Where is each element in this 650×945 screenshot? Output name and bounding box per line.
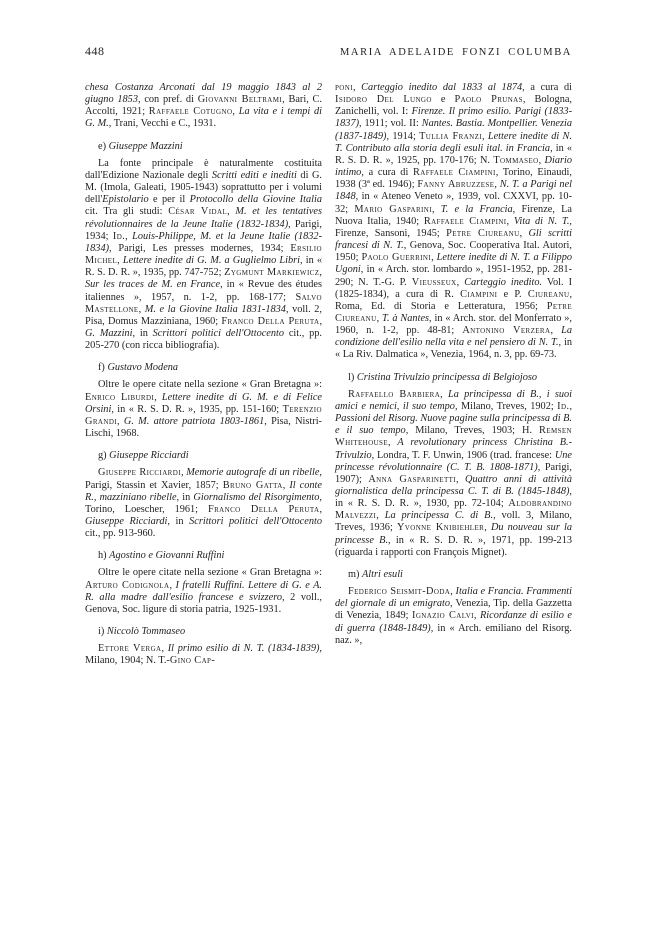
- text-segment: ,: [319, 267, 322, 278]
- text-segment: , Parigi, Les presses modernes, 1934;: [109, 243, 290, 254]
- bibliography-paragraph: chesa Costanza Arconati dal 19 maggio 18…: [85, 82, 322, 131]
- running-header: MARIA ADELAIDE FONZI COLUMBA: [340, 47, 572, 58]
- text-segment: , in: [132, 328, 152, 339]
- text-segment: Paolo Guerrini: [361, 252, 431, 263]
- section-heading: g) Giuseppe Ricciardi: [98, 450, 322, 462]
- section-heading: f) Gustavo Modena: [98, 362, 322, 374]
- bibliography-paragraph: Giuseppe Ricciardi, Memorie autografe di…: [85, 467, 322, 540]
- section-heading: m) Altri esuli: [348, 569, 572, 581]
- text-segment: , in « R. S. D. R. », 1935, pp. 151-160;: [111, 404, 282, 415]
- text-segment: Giuseppe Ricciardi: [109, 450, 188, 461]
- text-segment: cit., pp. 913-960.: [85, 528, 155, 539]
- text-segment: G. Mazzini: [85, 328, 132, 339]
- text-segment: poni: [335, 82, 353, 93]
- text-segment: T. à Nantes: [382, 313, 429, 324]
- text-segment: l): [348, 372, 357, 383]
- text-segment: Tommaseo: [493, 155, 538, 166]
- text-segment: ,: [154, 392, 162, 403]
- text-segment: Giuseppe Mazzini: [109, 141, 183, 152]
- text-segment: ,: [456, 474, 465, 485]
- text-segment: T. e la Francia: [441, 204, 513, 215]
- section-heading: l) Cristina Trivulzio principessa di Bel…: [348, 372, 572, 384]
- bibliography-paragraph: La fonte principale è naturalmente costi…: [85, 158, 322, 353]
- bibliography-paragraph: Oltre le opere citate nella sezione « Gr…: [85, 567, 322, 616]
- text-segment: Sur les traces de M. en France: [85, 279, 220, 290]
- text-segment: G. M. attore patriota 1803-1861: [124, 416, 264, 427]
- text-segment: ,: [353, 82, 361, 93]
- text-segment: Scrittori politici dell'Ottocento: [189, 516, 322, 527]
- text-segment: ,: [569, 401, 572, 412]
- text-segment: Enrico Liburdi: [85, 392, 154, 403]
- text-segment: , Milano, Treves, 1902;: [455, 401, 557, 412]
- column-right: poni, Carteggio inedito dal 1833 al 1874…: [335, 82, 572, 668]
- text-segment: , a cura di: [361, 167, 413, 178]
- text-segment: Protocollo della Giovine Italia: [190, 194, 322, 205]
- text-segment: Gino Cap-: [170, 655, 215, 666]
- text-segment: Niccolò Tommaseo: [107, 626, 185, 637]
- text-segment: m): [348, 569, 362, 580]
- text-segment: ,: [432, 204, 441, 215]
- text-segment: Carteggio inedito dal 1833 al 1874: [361, 82, 522, 93]
- text-segment: Id.: [557, 401, 569, 412]
- text-segment: M. e la Giovine Italia 1831-1834: [145, 304, 286, 315]
- text-segment: e P.: [497, 289, 528, 300]
- text-segment: Raffaele Ciampini: [424, 216, 507, 227]
- text-segment: Tullia Franzi: [419, 131, 482, 142]
- text-segment: La principessa C. di B.: [385, 510, 493, 521]
- text-segment: Mario Gasparini: [354, 204, 432, 215]
- text-segment: e): [98, 141, 109, 152]
- text-segment: Yvonne Knibiehler: [397, 522, 484, 533]
- text-segment: i): [98, 626, 107, 637]
- bibliography-paragraph: Raffaello Barbiera, La principessa di B.…: [335, 389, 572, 559]
- text-segment: , Trani, Vecchi e C., 1931.: [109, 118, 216, 129]
- text-segment: Fanny Abruzzese: [417, 179, 494, 190]
- section-heading: i) Niccolò Tommaseo: [98, 626, 322, 638]
- text-segment: Giuseppe Ricciardi: [85, 516, 167, 527]
- text-segment: ,: [507, 216, 514, 227]
- text-segment: Giovanni Beltrami: [198, 94, 282, 105]
- text-segment: Il primo esilio di N. T. (1834-1839): [168, 643, 320, 654]
- text-segment: Epistolario: [102, 194, 148, 205]
- text-segment: Isidoro Del Lungo: [335, 94, 432, 105]
- text-segment: , in: [167, 516, 189, 527]
- text-columns: chesa Costanza Arconati dal 19 maggio 18…: [85, 82, 572, 668]
- text-segment: g): [98, 450, 109, 461]
- text-segment: Zygmunt Markiewicz: [224, 267, 319, 278]
- text-segment: Antonino Verzera: [462, 325, 550, 336]
- bibliography-paragraph: Federico Seismit-Doda, Italia e Francia.…: [335, 586, 572, 647]
- text-segment: , 1911; vol. II:: [359, 118, 422, 129]
- section-heading: e) Giuseppe Mazzini: [98, 141, 322, 153]
- text-segment: e: [432, 94, 455, 105]
- text-segment: Lettere inedite di G. M. a Guglielmo Lib…: [123, 255, 300, 266]
- text-segment: Vieusseux: [412, 277, 457, 288]
- text-segment: Ignazio Calvi: [412, 610, 474, 621]
- text-segment: , a cura di: [522, 82, 572, 93]
- text-segment: e per il: [149, 194, 190, 205]
- text-segment: Raffaello Barbiera: [348, 389, 440, 400]
- text-segment: h): [98, 550, 109, 561]
- text-segment: Bruno Gatta: [223, 480, 283, 491]
- text-segment: Ettore Verga: [98, 643, 162, 654]
- text-segment: Anna Gasparinetti: [368, 474, 456, 485]
- text-segment: ,: [376, 510, 384, 521]
- page-number: 448: [85, 44, 105, 59]
- book-page: 448 MARIA ADELAIDE FONZI COLUMBA chesa C…: [0, 0, 650, 945]
- text-segment: Oltre le opere citate nella sezione « Gr…: [98, 379, 322, 390]
- text-segment: Id.: [113, 231, 125, 242]
- text-segment: Altri esuli: [362, 569, 403, 580]
- text-segment: Petre Ciureanu: [446, 228, 520, 239]
- text-segment: Federico Seismit-Doda: [348, 586, 450, 597]
- text-segment: Ciampini: [460, 289, 497, 300]
- text-segment: Arturo Codignola: [85, 580, 169, 591]
- text-segment: , con pref. di: [138, 94, 198, 105]
- text-segment: Memorie autografe di un ribelle: [186, 467, 319, 478]
- text-segment: ,: [319, 316, 322, 327]
- text-segment: Gustavo Modena: [107, 362, 178, 373]
- text-segment: , 1914;: [386, 131, 419, 142]
- text-segment: ,: [117, 416, 124, 427]
- bibliography-paragraph: poni, Carteggio inedito dal 1833 al 1874…: [335, 82, 572, 362]
- text-segment: , in: [177, 492, 194, 503]
- page-header: 448 MARIA ADELAIDE FONZI COLUMBA: [85, 44, 572, 59]
- bibliography-paragraph: Ettore Verga, Il primo esilio di N. T. (…: [85, 643, 322, 667]
- text-segment: Cristina Trivulzio principessa di Belgio…: [357, 372, 537, 383]
- text-segment: Franco Della Peruta: [221, 316, 319, 327]
- text-segment: Agostino e Giovanni Ruffini: [109, 550, 224, 561]
- text-segment: cit. Tra gli studi:: [85, 206, 168, 217]
- text-segment: , Londra, T. F. Unwin, 1906 (trad. franc…: [372, 450, 555, 461]
- bibliography-paragraph: Oltre le opere citate nella sezione « Gr…: [85, 379, 322, 440]
- text-segment: , Milano, Treves, 1903; H.: [406, 425, 539, 436]
- text-segment: Raffaele Cotugno: [149, 106, 233, 117]
- text-segment: ,: [484, 522, 491, 533]
- text-segment: Scritti editi e inediti: [212, 170, 297, 181]
- text-segment: Franco Della Peruta: [208, 504, 319, 515]
- text-segment: Carteggio inedito.: [464, 277, 542, 288]
- text-segment: Vita di N. T.: [514, 216, 570, 227]
- text-segment: Raffaele Ciampini: [413, 167, 496, 178]
- text-segment: Ciureanu: [528, 289, 570, 300]
- text-segment: ,: [319, 504, 322, 515]
- text-segment: Giuseppe Ricciardi: [98, 467, 181, 478]
- text-segment: ,: [440, 389, 448, 400]
- column-left: chesa Costanza Arconati dal 19 maggio 18…: [85, 82, 322, 668]
- section-heading: h) Agostino e Giovanni Ruffini: [98, 550, 322, 562]
- text-segment: Paolo Prunas: [454, 94, 522, 105]
- text-segment: ,: [388, 437, 397, 448]
- text-segment: ,: [550, 325, 561, 336]
- text-segment: Oltre le opere citate nella sezione « Gr…: [98, 567, 322, 578]
- text-segment: César Vidal: [168, 206, 227, 217]
- text-segment: Scrittori politici dell'Ottocento: [153, 328, 284, 339]
- text-segment: Giornalismo del Risorgimento: [193, 492, 319, 503]
